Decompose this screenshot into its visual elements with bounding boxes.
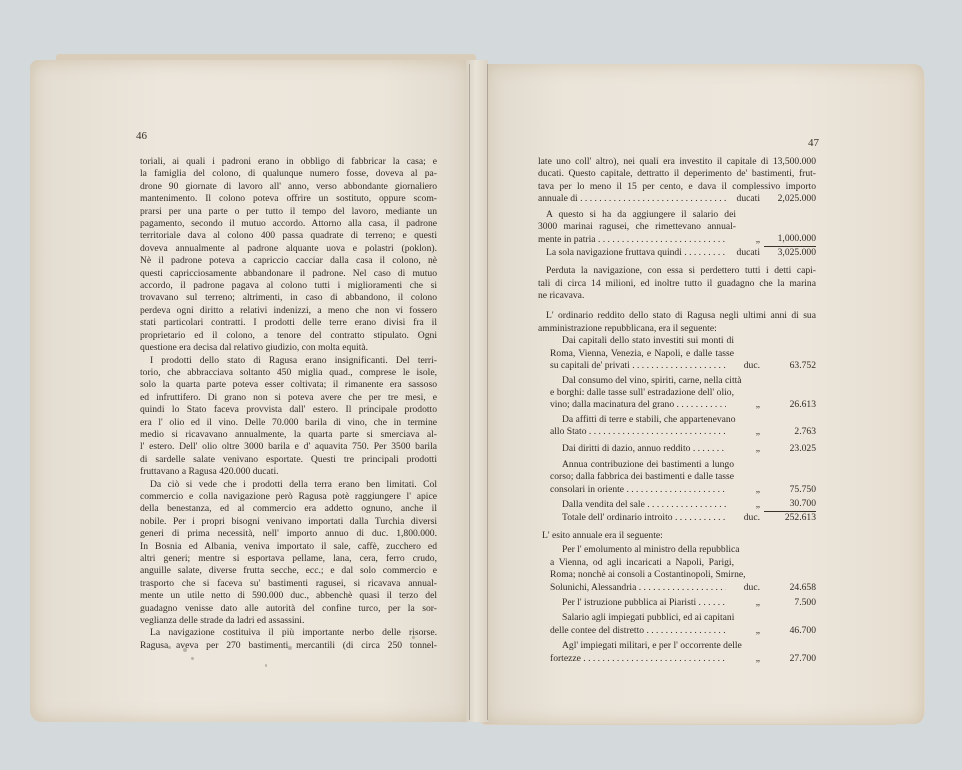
text-line: Nè il padrone poteva a capriccio cacciar… xyxy=(140,255,437,267)
ledger-desc: allo Stato xyxy=(550,426,726,438)
text-line: toriali, ai quali i padroni erano in obb… xyxy=(140,156,437,168)
text-line: prarsi per una parte o per tutto il temp… xyxy=(140,206,437,218)
ledger-amount: 63.752 xyxy=(764,360,816,372)
ledger-desc: La sola navigazione fruttava quindi xyxy=(546,247,726,259)
text-line: L' ordinario reddito dello stato di Ragu… xyxy=(538,310,816,322)
text-line: La navigazione costituiva il più importa… xyxy=(140,627,437,639)
text-line: questione era decisa dal relativo giudiz… xyxy=(140,342,437,354)
text-line: mantenimento. Il colono poteva offrire u… xyxy=(140,193,437,205)
text-line: ne ricavava. xyxy=(538,290,816,302)
text-line: amministrazione repubblicana, era il seg… xyxy=(538,323,816,335)
text-line: perdeva ogni diritto a relativi indenizz… xyxy=(140,305,437,317)
text-line: Da ciò si vede che i prodotti della terr… xyxy=(140,479,437,491)
text-line: trasporto che si faceva su' bastimenti r… xyxy=(140,578,437,590)
ledger-unit: „ xyxy=(726,399,764,411)
text-line: fruttavano a Ragusa 420.000 ducati. xyxy=(140,466,437,478)
ledger-unit: „ xyxy=(726,499,764,511)
ledger-item: A questo si ha da aggiungere il salario … xyxy=(538,209,736,234)
ledger-row: Dalla vendita del sale „ 30.700 xyxy=(550,498,816,511)
text-line: drone 90 giornate di lavoro all' anno, v… xyxy=(140,181,437,193)
text-line: In Bosnia ed Albania, veniva importato i… xyxy=(140,541,437,553)
ledger-desc: annuale di xyxy=(538,193,726,205)
ledger-row: Solunichi, Alessandria duc. 24.658 xyxy=(550,582,816,594)
expense-item: Agl' impiegati militari, e per l' occorr… xyxy=(550,640,734,652)
text-line: territoriale dava al colono 400 passa qu… xyxy=(140,230,437,242)
text-line: nobile. Per i propri bisogni venivano im… xyxy=(140,516,437,528)
text-line: questi capricciosamente abbandonare il p… xyxy=(140,268,437,280)
text-line: ed infruttifero. Di grano non si poteva … xyxy=(140,392,437,404)
text-line: 3000 marinai ragusei, che rimettevano an… xyxy=(538,221,736,233)
text-line: della benestanza, ed al commercio era ad… xyxy=(140,503,437,515)
ledger-row: vino; dalla macinatura del grano „ 26.61… xyxy=(550,399,816,411)
ledger-row: annuale di ducati 2,025.000 xyxy=(538,193,816,205)
text-line: Roma; nonchè ai consoli a Costantinopoli… xyxy=(550,569,734,581)
text-line: corso; dalla fabbrica dei bastimenti e d… xyxy=(550,471,734,483)
ledger-unit: „ xyxy=(726,625,764,637)
ledger-desc: Dalla vendita del sale xyxy=(562,499,726,511)
text-line: a Vienna, od agli incaricati a Napoli, P… xyxy=(550,557,734,569)
text-line: quindi lo Stato faceva provvista dall' e… xyxy=(140,404,437,416)
ledger-unit: „ xyxy=(726,484,764,496)
ledger-amount: 2.763 xyxy=(764,426,816,438)
text-line: l' estero. Dell' olio oltre 3000 barila … xyxy=(140,441,437,453)
ledger-amount: 3,025.000 xyxy=(764,247,816,259)
text-line: Per l' emolumento al ministro della repu… xyxy=(550,544,734,556)
ledger-unit: „ xyxy=(726,426,764,438)
text-line: Ragusa aveva per 270 bastimenti mercanti… xyxy=(140,640,437,652)
ledger-row: su capitali de' privati duc. 63.752 xyxy=(550,360,816,372)
page-number-right: 47 xyxy=(808,137,819,149)
ledger-desc: Dai diritti di dazio, annuo reddito xyxy=(562,443,726,455)
text-line: commercio e colla navigazione però Ragus… xyxy=(140,491,437,503)
ledger-desc: Solunichi, Alessandria xyxy=(550,582,726,594)
ledger-desc: delle contee del distretto xyxy=(550,625,726,637)
ledger-unit: „ xyxy=(726,597,764,609)
expense-list: Per l' emolumento al ministro della repu… xyxy=(538,544,816,665)
ledger-unit: ducati xyxy=(726,193,764,205)
text-line: veglianza delle strade da ladri ed assas… xyxy=(140,615,437,627)
text-line: anguille salate, diverse frutta secche, … xyxy=(140,565,437,577)
text-line: Dai capitali dello stato investiti sui m… xyxy=(550,335,734,347)
text-line: stati particolari contratti. I prodotti … xyxy=(140,317,437,329)
left-page-text: toriali, ai quali i padroni erano in obb… xyxy=(140,156,437,652)
text-line: guadagno venisse dato alle autorità del … xyxy=(140,603,437,615)
text-line: trovavano sul terreno; altrimenti, in ca… xyxy=(140,292,437,304)
ledger-unit: „ xyxy=(726,443,764,455)
ledger-unit: „ xyxy=(726,234,764,246)
foxing-spot xyxy=(265,664,267,667)
expense-item: Salario agli impiegati pubblici, ed ai c… xyxy=(550,612,734,624)
ledger-amount: 75.750 xyxy=(764,484,816,496)
revenue-item: Da affitti di terre e stabili, che appar… xyxy=(550,414,734,426)
text-line: ducati. Questo capitale, dettratto il de… xyxy=(538,168,816,180)
text-line: I prodotti dello stato di Ragusa erano i… xyxy=(140,355,437,367)
text-line: A questo si ha da aggiungere il salario … xyxy=(546,209,736,221)
ledger-row: fortezze „ 27.700 xyxy=(550,653,816,665)
text-line: Dal consumo del vino, spiriti, carne, ne… xyxy=(550,375,734,387)
text-line: tali di circa 14 milioni, ed inoltre tut… xyxy=(538,278,816,290)
ledger-amount: 46.700 xyxy=(764,625,816,637)
revenue-item: Dai capitali dello stato investiti sui m… xyxy=(550,335,734,360)
text-line: late uno coll' altro), nei quali era inv… xyxy=(538,156,816,168)
revenue-item: Annua contribuzione dei bastimenti a lun… xyxy=(550,459,734,484)
ledger-desc: fortezze xyxy=(550,653,726,665)
right-page-text: late uno coll' altro), nei quali era inv… xyxy=(538,156,816,665)
gutter-fold-line xyxy=(469,64,470,720)
ledger-total-row: Totale dell' ordinario introito duc. 252… xyxy=(550,512,816,524)
text-line: Roma, Vienna, Venezia, e Napoli, e dalle… xyxy=(550,348,734,360)
text-line: Agl' impiegati militari, e per l' occorr… xyxy=(550,640,734,652)
ledger-amount: 30.700 xyxy=(764,498,816,511)
ledger-desc: su capitali de' privati xyxy=(550,360,726,372)
ledger-row: mente in patria „ 1,000.000 xyxy=(538,233,816,246)
text-line: Da affitti di terre e stabili, che appar… xyxy=(550,414,734,426)
text-line: altri generi; mentre si esportava pellam… xyxy=(140,553,437,565)
ledger-desc: Totale dell' ordinario introito xyxy=(562,512,726,524)
ledger-desc: mente in patria xyxy=(538,234,726,246)
revenue-intro: L' ordinario reddito dello stato di Ragu… xyxy=(538,310,816,335)
ledger-amount: 252.613 xyxy=(764,512,816,524)
ledger-unit: duc. xyxy=(726,360,764,372)
text-line: mente un utile netto di 590.000 duc., ab… xyxy=(140,590,437,602)
ledger-row: allo Stato „ 2.763 xyxy=(550,426,816,438)
ledger-amount: 2,025.000 xyxy=(764,193,816,205)
text-line: era l' olio ed il vino. Delle 70.000 bar… xyxy=(140,417,437,429)
gutter-fold-line xyxy=(487,64,488,720)
text-line: solo la quarta parte poteva esser coltiv… xyxy=(140,379,437,391)
foxing-spot xyxy=(191,657,194,660)
ledger-unit: ducati xyxy=(726,247,764,259)
text-line: Annua contribuzione dei bastimenti a lun… xyxy=(550,459,734,471)
loss-paragraph: Perduta la navigazione, con essa si perd… xyxy=(538,265,816,302)
ledger-row: delle contee del distretto „ 46.700 xyxy=(550,625,816,637)
text-line: medio si ricavavano annualmente, la quar… xyxy=(140,429,437,441)
revenue-item: Dal consumo del vino, spiriti, carne, ne… xyxy=(550,375,734,400)
ledger-row: Dai diritti di dazio, annuo reddito „ 23… xyxy=(550,443,816,455)
text-line: doveva annualmente al padrone alquante u… xyxy=(140,243,437,255)
ledger-unit: duc. xyxy=(726,582,764,594)
ledger-amount: 1,000.000 xyxy=(764,233,816,246)
text-line: Salario agli impiegati pubblici, ed ai c… xyxy=(550,612,734,624)
ledger-row: consolari in oriente „ 75.750 xyxy=(550,484,816,496)
text-line: di sardelle salate venivano esportate. Q… xyxy=(140,454,437,466)
ledger-desc: consolari in oriente xyxy=(550,484,726,496)
ledger-unit: „ xyxy=(726,653,764,665)
ledger-row: Per l' istruzione pubblica ai Piaristi „… xyxy=(550,597,816,609)
text-line: Perduta la navigazione, con essa si perd… xyxy=(538,265,816,277)
ledger-unit: duc. xyxy=(726,512,764,524)
text-line: generi di prima necessità, nell' importo… xyxy=(140,528,437,540)
ledger-row: La sola navigazione fruttava quindi duca… xyxy=(538,247,816,259)
text-line: tava per lo meno il 15 per cento, e dava… xyxy=(538,181,816,193)
text-line: pagamento, secondo il mutuo accordo. Att… xyxy=(140,218,437,230)
text-line: torio, che abbracciava soltanto 450 migl… xyxy=(140,367,437,379)
open-book: 46 47 toriali, ai quali i padroni erano … xyxy=(0,0,962,770)
text-line: la famiglia del colono, di qualunque num… xyxy=(140,168,437,180)
ledger-desc: Per l' istruzione pubblica ai Piaristi xyxy=(562,597,726,609)
ledger-amount: 24.658 xyxy=(764,582,816,594)
text-line: proprietario ed il colono, a tenore del … xyxy=(140,330,437,342)
ledger-desc: vino; dalla macinatura del grano xyxy=(550,399,726,411)
expense-intro: L' esito annuale era il seguente: xyxy=(538,530,816,542)
revenue-list: Dai capitali dello stato investiti sui m… xyxy=(538,335,816,524)
page-number-left: 46 xyxy=(136,130,147,142)
ledger-amount: 23.025 xyxy=(764,443,816,455)
text-line: accordo, il padrone pagava al colono tut… xyxy=(140,280,437,292)
expense-item: Per l' emolumento al ministro della repu… xyxy=(550,544,734,581)
ledger-amount: 7.500 xyxy=(764,597,816,609)
ledger-amount: 27.700 xyxy=(764,653,816,665)
ledger-amount: 26.613 xyxy=(764,399,816,411)
text-line: e borghi: dalle tasse sull' estradazione… xyxy=(550,387,734,399)
